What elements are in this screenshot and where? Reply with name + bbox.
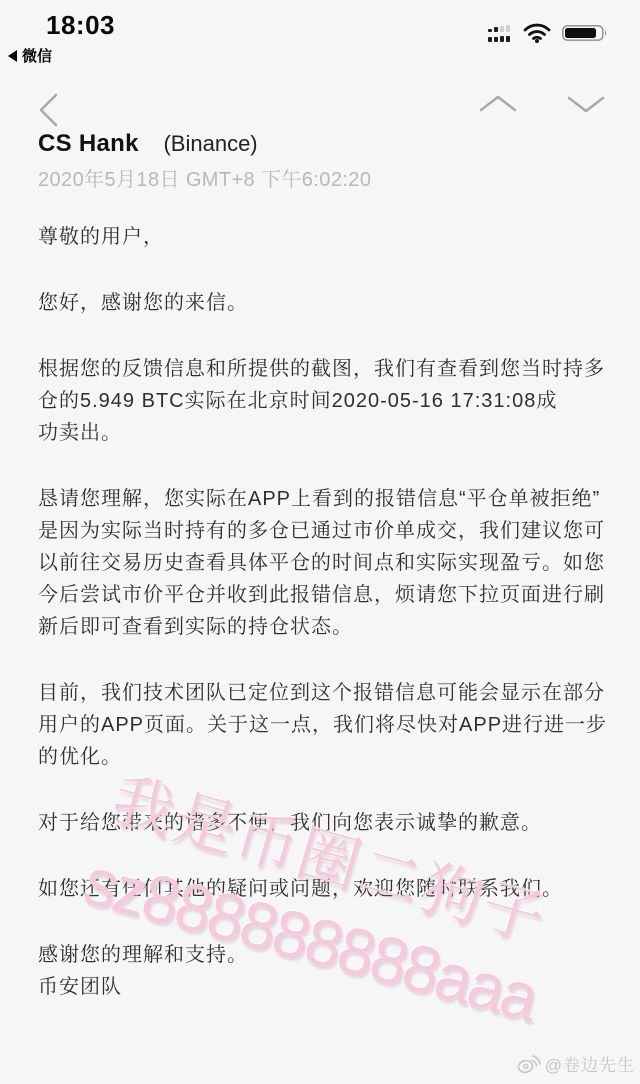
sender-name: CS Hank	[38, 130, 139, 157]
back-triangle-icon	[8, 50, 17, 62]
battery-icon	[562, 25, 608, 41]
email-sender: CS Hank (Binance)	[38, 130, 258, 158]
email-paragraph-trade-info: 根据您的反馈信息和所提供的截图，我们有查看到您当时持多 仓的5.949 BTC实…	[38, 353, 618, 449]
email-paragraph-thanks: 您好，感谢您的来信。	[38, 287, 618, 319]
email-date: 2020年5月18日 GMT+8 下午6:02:20	[38, 163, 371, 192]
email-body: 尊敬的用户， 您好，感谢您的来信。 根据您的反馈信息和所提供的截图，我们有查看到…	[38, 221, 618, 1037]
email-signature: 感谢您的理解和支持。 币安团队	[38, 939, 618, 1003]
chevron-up-icon	[478, 94, 518, 114]
status-time: 18:03	[46, 10, 115, 41]
wifi-icon	[523, 23, 551, 43]
weibo-logo-icon	[517, 1054, 541, 1074]
nav-back-button[interactable]	[36, 92, 62, 133]
next-message-button[interactable]	[566, 94, 606, 119]
status-icons	[488, 23, 608, 43]
back-to-wechat-label: 微信	[22, 45, 52, 66]
weibo-handle: @卷边先生	[545, 1051, 635, 1076]
email-paragraph-greeting: 尊敬的用户，	[38, 221, 618, 253]
email-paragraph-apology: 对于给您带来的诸多不便，我们向您表示诚挚的歉意。	[38, 807, 618, 839]
back-chevron-icon	[36, 92, 62, 128]
email-paragraph-error-explanation: 恳请您理解，您实际在APP上看到的报错信息“平仓单被拒绝” 是因为实际当时持有的…	[38, 483, 618, 643]
screen: 18:03 微信	[0, 0, 640, 1084]
cellular-signal-icon	[488, 25, 512, 42]
back-to-wechat-button[interactable]: 微信	[8, 45, 52, 66]
weibo-watermark: @卷边先生	[517, 1051, 635, 1076]
previous-message-button[interactable]	[478, 94, 518, 119]
email-paragraph-app-fix: 目前，我们技术团队已定位到这个报错信息可能会显示在部分 用户的APP页面。关于这…	[38, 677, 618, 773]
email-paragraph-contact: 如您还有任何其他的疑问或问题，欢迎您随时联系我们。	[38, 873, 618, 905]
sender-organization: (Binance)	[163, 131, 257, 156]
chevron-down-icon	[566, 94, 606, 114]
